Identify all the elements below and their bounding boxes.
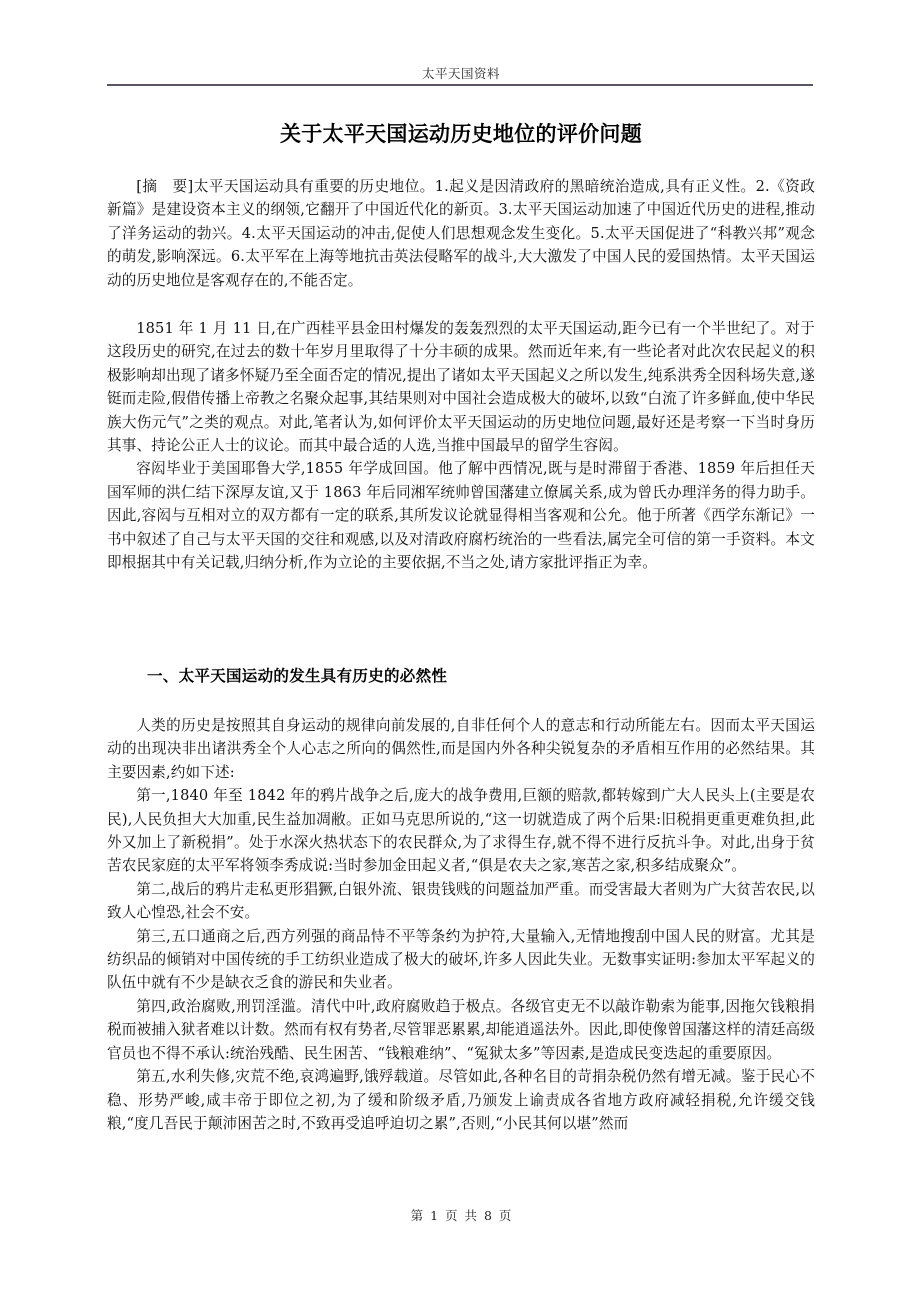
- section-paragraph: 第五,水利失修,灾荒不绝,哀鸿遍野,饿殍载道。尽管如此,各种名目的苛捐杂税仍然有…: [107, 1065, 815, 1135]
- abstract-text: [摘 要]太平天国运动具有重要的历史地位。1.起义是因清政府的黑暗统治造成,具有…: [107, 175, 815, 292]
- intro-paragraph: 1851 年 1 月 11 日,在广西桂平县金田村爆发的轰轰烈烈的太平天国运动,…: [107, 317, 815, 457]
- section-paragraph: 人类的历史是按照其自身运动的规律向前发展的,自非任何个人的意志和行动所能左右。因…: [107, 714, 815, 784]
- intro-paragraph: 容闳毕业于美国耶鲁大学,1855 年学成回国。他了解中西情况,既与是时滞留于香港…: [107, 457, 815, 574]
- section-paragraph: 第一,1840 年至 1842 年的鸦片战争之后,庞大的战争费用,巨额的赔款,都…: [107, 784, 815, 878]
- header-divider: [107, 84, 813, 86]
- section-paragraph: 第四,政治腐败,刑罚淫滥。清代中叶,政府腐败趋于极点。各级官吏无不以敲诈勒索为能…: [107, 995, 815, 1065]
- section-paragraph: 第三,五口通商之后,西方列强的商品恃不平等条约为护符,大量输入,无情地搜刮中国人…: [107, 925, 815, 995]
- introduction: 1851 年 1 月 11 日,在广西桂平县金田村爆发的轰轰烈烈的太平天国运动,…: [107, 317, 815, 574]
- section-paragraph: 第二,战后的鸦片走私更形猖獗,白银外流、银贵钱贱的问题益加严重。而受害最大者则为…: [107, 878, 815, 925]
- abstract: [摘 要]太平天国运动具有重要的历史地位。1.起义是因清政府的黑暗统治造成,具有…: [107, 175, 815, 292]
- section-body: 人类的历史是按照其自身运动的规律向前发展的,自非任何个人的意志和行动所能左右。因…: [107, 714, 815, 1135]
- page-indicator: 第 1 页 共 8 页: [107, 1206, 815, 1224]
- document-title: 关于太平天国运动历史地位的评价问题: [107, 118, 815, 148]
- running-header: 太平天国资料: [107, 64, 815, 82]
- section-heading: 一、太平天国运动的发生具有历史的必然性: [147, 664, 447, 686]
